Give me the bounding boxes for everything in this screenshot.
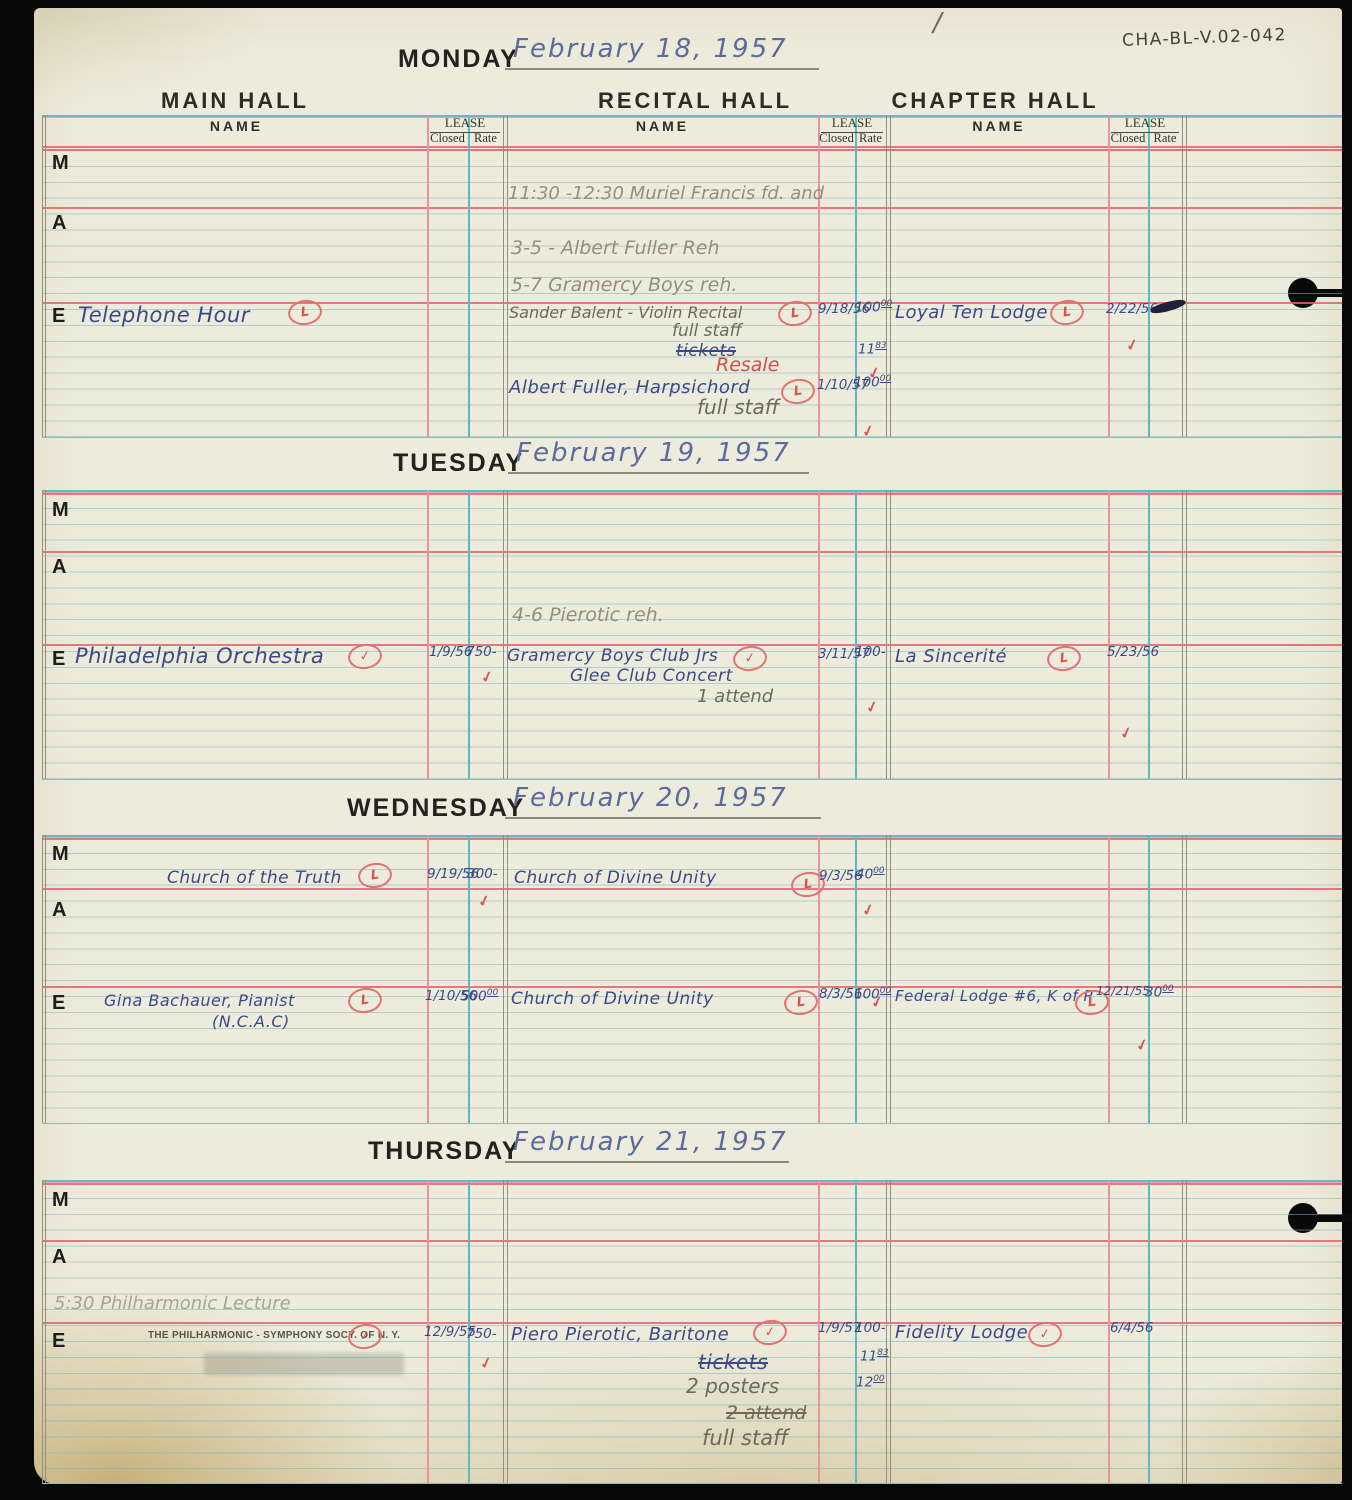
entry-wed-main-a-rate: 300- [467, 866, 498, 882]
column-line [45, 115, 46, 437]
entry-tue-rec-e-name1: Gramercy Boys Club Jrs [507, 646, 718, 666]
column-header-name: NAME [890, 118, 1108, 134]
row-label-m: M [52, 152, 69, 175]
entry-thu-rec-e-note2: 2 posters [686, 1374, 779, 1398]
column-line [503, 490, 504, 779]
column-line [507, 115, 508, 437]
column-line [1108, 835, 1110, 1123]
entry-thu-chap-e-closed: 6/4/56 [1110, 1320, 1153, 1336]
row-divider-line [42, 551, 1342, 553]
day-date-monday: February 18, 1957 [505, 34, 819, 70]
entry-tue-chap-e-name: La Sincerité [895, 646, 1007, 667]
column-line [503, 835, 504, 1123]
entry-mon-rec-a2: 3-5 - Albert Fuller Reh [511, 237, 720, 259]
entry-wed-chap-e-rate: 3000 [1145, 984, 1174, 1001]
row-divider-line [42, 207, 1342, 209]
entry-thu-chap-e-name: Fidelity Lodge [895, 1322, 1028, 1343]
entry-mon-rec-e1-rate: 10000 [855, 299, 892, 316]
row-divider-line [42, 146, 1342, 148]
column-line [468, 115, 470, 437]
row-label-a: A [52, 1246, 66, 1269]
column-line [818, 490, 820, 779]
entry-thu-rec-e-rate: 100- [855, 1320, 886, 1336]
column-header-rate: Rate [855, 131, 886, 146]
entry-thu-rec-e-note1: tickets [698, 1350, 768, 1374]
row-label-e: E [52, 648, 65, 671]
hall-title-chapter: CHAPTER HALL [870, 88, 1120, 114]
entry-wed-chap-e-name: Federal Lodge #6, K of P [895, 987, 1093, 1005]
column-line [886, 835, 887, 1123]
column-line [468, 490, 470, 779]
entry-thu-rec-e-name: Piero Pierotic, Baritone [511, 1324, 729, 1345]
row-label-m: M [52, 499, 69, 522]
row-label-a: A [52, 556, 66, 579]
entry-wed-rec-a-name: Church of Divine Unity [514, 868, 717, 888]
entry-thu-rec-e-rate2: 1183 [860, 1348, 889, 1365]
column-line [42, 115, 43, 437]
column-line [503, 115, 504, 437]
column-line [1108, 115, 1110, 437]
column-line [1182, 490, 1183, 779]
column-line [507, 1180, 508, 1483]
column-line [1148, 115, 1150, 437]
entry-thu-rec-e-note3: 2 attend [726, 1402, 806, 1424]
entry-wed-main-a-name: Church of the Truth [167, 868, 342, 888]
row-divider-line [42, 493, 1342, 495]
column-line [427, 490, 429, 779]
column-line [1186, 115, 1187, 437]
day-label-wednesday: WEDNESDAY [347, 794, 525, 823]
entry-mon-rec-e1-name: Sander Balent - Violin Recital [509, 303, 742, 322]
hall-title-recital: RECITAL HALL [540, 88, 850, 114]
entry-wed-rec-a-rate: 4000 [856, 866, 885, 883]
day-date-thursday: February 21, 1957 [505, 1127, 789, 1163]
column-header-closed: Closed [818, 131, 855, 146]
table-bottom-line [42, 779, 1342, 780]
row-label-e: E [52, 305, 65, 328]
day-label-tuesday: TUESDAY [393, 449, 524, 478]
column-line [1186, 490, 1187, 779]
row-label-a: A [52, 212, 66, 235]
entry-wed-chap-e-closed: 12/21/55 [1096, 984, 1150, 998]
row-label-a: A [52, 899, 66, 922]
column-line [890, 1180, 891, 1483]
scan-background: { "page": { "reference_code": "CHA-BL-V.… [0, 0, 1352, 1500]
column-line [1186, 1180, 1187, 1483]
column-line [42, 1180, 43, 1483]
column-line [1148, 835, 1150, 1123]
column-line [427, 115, 429, 437]
day-label-thursday: THURSDAY [368, 1137, 521, 1166]
column-line [1148, 490, 1150, 779]
column-line [886, 490, 887, 779]
entry-tue-rec-pre: 4-6 Pierotic reh. [512, 604, 664, 626]
column-line [42, 490, 43, 779]
row-divider-line [42, 838, 1342, 840]
entry-mon-rec-e1-note3: Resale [716, 354, 779, 376]
entry-tue-rec-e-note1: 1 attend [697, 686, 773, 707]
day-label-monday: MONDAY [398, 45, 519, 74]
entry-mon-rec-a1: 11:30 -12:30 Muriel Francis fd. and [508, 183, 824, 204]
column-line [507, 835, 508, 1123]
entry-wed-main-e-name2: (N.C.A.C) [212, 1012, 290, 1031]
row-divider-line [42, 1240, 1342, 1242]
row-label-m: M [52, 1189, 69, 1212]
column-line [855, 490, 857, 779]
column-line [1182, 835, 1183, 1123]
day-date-wednesday: February 20, 1957 [505, 783, 821, 819]
entry-mon-chap-e-name: Loyal Ten Lodge [895, 302, 1048, 323]
entry-tue-main-e-name: Philadelphia Orchestra [75, 644, 324, 668]
hall-title-main: MAIN HALL [120, 88, 350, 114]
entry-mon-rec-e1-rate2: 1183 [858, 341, 887, 358]
column-line [45, 490, 46, 779]
column-line [1182, 1180, 1183, 1483]
entry-tue-rec-e-name2: Glee Club Concert [570, 666, 733, 686]
ruled-lines [42, 492, 1342, 779]
day-date-tuesday: February 19, 1957 [508, 438, 809, 474]
column-line [42, 835, 43, 1123]
table-bottom-line [42, 1483, 1342, 1484]
column-line [1186, 835, 1187, 1123]
column-line [503, 1180, 504, 1483]
ledger-page: CHA-BL-V.02-042 MAIN HALL RECITAL HALL C… [34, 8, 1342, 1484]
row-label-m: M [52, 843, 69, 866]
entry-mon-rec-e1-note1: full staff [672, 321, 742, 341]
column-line [1182, 115, 1183, 437]
entry-thu-rec-e-note4: full staff [702, 1426, 788, 1450]
entry-mon-rec-a3: 5-7 Gramercy Boys reh. [511, 274, 737, 296]
row-label-e: E [52, 992, 65, 1015]
row-divider-line [42, 1183, 1342, 1185]
entry-top-slash: / [933, 8, 942, 38]
row-divider-line [42, 149, 1342, 151]
column-line [886, 1180, 887, 1483]
column-header-closed: Closed [1108, 131, 1148, 146]
column-header-name: NAME [46, 118, 427, 134]
column-header-rate: Rate [468, 131, 503, 146]
entry-wed-rec-e-name: Church of Divine Unity [511, 989, 714, 1009]
column-line [890, 490, 891, 779]
entry-tue-rec-e-rate: 100- [855, 644, 886, 660]
entry-thu-rec-e-rate3: 1200 [856, 1374, 885, 1391]
entry-tue-main-e-rate: 750- [466, 644, 497, 660]
table-bottom-line [42, 1123, 1342, 1124]
column-line [45, 835, 46, 1123]
archive-reference-code: CHA-BL-V.02-042 [1122, 25, 1288, 51]
column-header-name: NAME [507, 118, 818, 134]
entry-thu-main-e-rate: 750- [466, 1326, 497, 1342]
column-header-rate: Rate [1148, 131, 1182, 146]
column-line [890, 835, 891, 1123]
column-line [1108, 490, 1110, 779]
column-header-closed: Closed [427, 131, 468, 146]
entry-mon-main-e-name: Telephone Hour [78, 303, 250, 327]
column-line [45, 1180, 46, 1483]
column-line [507, 490, 508, 779]
entry-wed-main-e-name1: Gina Bachauer, Pianist [104, 991, 295, 1010]
entry-wed-main-e-rate: 50000 [461, 988, 498, 1005]
row-label-e: E [52, 1330, 65, 1353]
entry-tue-chap-e-closed: 5/23/56 [1107, 644, 1159, 660]
entry-thu-main-pre: 5:30 Philharmonic Lecture [54, 1293, 291, 1314]
entry-mon-rec-e2-note1: full staff [697, 395, 779, 419]
row-divider-line [42, 888, 1342, 890]
